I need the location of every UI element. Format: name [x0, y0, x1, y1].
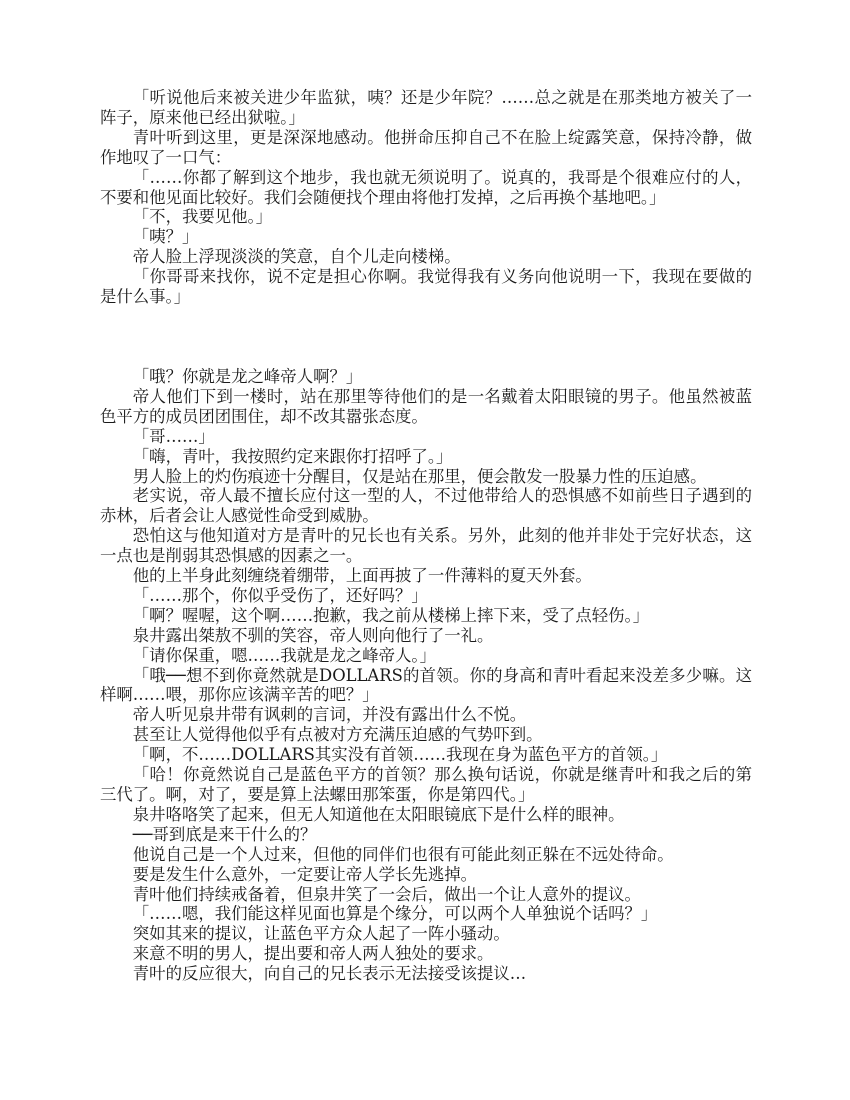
paragraph: 青叶的反应很大，向自己的兄长表示无法接受该提议…	[100, 964, 752, 984]
paragraph: 「哥……」	[100, 427, 752, 447]
paragraph: 帝人听见泉井带有讽刺的言词，并没有露出什么不悦。	[100, 705, 752, 725]
paragraph: 「……嗯，我们能这样见面也算是个缘分，可以两个人单独说个话吗？」	[100, 904, 752, 924]
paragraph: 「咦？」	[100, 227, 752, 247]
paragraph: 「不，我要见他。」	[100, 207, 752, 227]
section-break	[100, 307, 752, 367]
paragraph: 来意不明的男人，提出要和帝人两人独处的要求。	[100, 944, 752, 964]
paragraph: 突如其来的提议，让蓝色平方众人起了一阵小骚动。	[100, 924, 752, 944]
paragraph: 要是发生什么意外，一定要让帝人学长先逃掉。	[100, 865, 752, 885]
paragraph: 男人脸上的灼伤痕迹十分醒目，仅是站在那里，便会散发一股暴力性的压迫感。	[100, 467, 752, 487]
paragraph: 「听说他后来被关进少年监狱，咦？还是少年院？……总之就是在那类地方被关了一阵子，…	[100, 88, 752, 128]
paragraph: 「啊？喔喔，这个啊……抱歉，我之前从楼梯上摔下来，受了点轻伤。」	[100, 606, 752, 626]
document-page: 「听说他后来被关进少年监狱，咦？还是少年院？……总之就是在那类地方被关了一阵子，…	[100, 88, 752, 984]
paragraph: 「……你都了解到这个地步，我也就无须说明了。说真的，我哥是个很难应付的人，不要和…	[100, 168, 752, 208]
paragraph: 老实说，帝人最不擅长应付这一型的人，不过他带给人的恐惧感不如前些日子遇到的赤林，…	[100, 486, 752, 526]
section-1: 「听说他后来被关进少年监狱，咦？还是少年院？……总之就是在那类地方被关了一阵子，…	[100, 88, 752, 307]
paragraph: 「哦──想不到你竟然就是DOLLARS的首领。你的身高和青叶看起来没差多少嘛。这…	[100, 666, 752, 706]
paragraph: 他说自己是一个人过来，但他的同伴们也很有可能此刻正躲在不远处待命。	[100, 845, 752, 865]
paragraph: 泉井露出桀敖不驯的笑容，帝人则向他行了一礼。	[100, 626, 752, 646]
paragraph: 「啊，不……DOLLARS其实没有首领……我现在身为蓝色平方的首领。」	[100, 745, 752, 765]
paragraph: 甚至让人觉得他似乎有点被对方充满压迫感的气势吓到。	[100, 725, 752, 745]
paragraph: 青叶他们持续戒备着，但泉井笑了一会后，做出一个让人意外的提议。	[100, 885, 752, 905]
paragraph: 青叶听到这里，更是深深地感动。他拼命压抑自己不在脸上绽露笑意，保持冷静，做作地叹…	[100, 128, 752, 168]
paragraph: 「……那个，你似乎受伤了，还好吗？」	[100, 586, 752, 606]
paragraph: 帝人脸上浮现淡淡的笑意，自个儿走向楼梯。	[100, 247, 752, 267]
section-2: 「哦？你就是龙之峰帝人啊？」 帝人他们下到一楼时，站在那里等待他们的是一名戴着太…	[100, 367, 752, 984]
paragraph: 恐怕这与他知道对方是青叶的兄长也有关系。另外，此刻的他并非处于完好状态，这一点也…	[100, 526, 752, 566]
paragraph: 「嗨，青叶，我按照约定来跟你打招呼了。」	[100, 447, 752, 467]
paragraph: 「请你保重，嗯……我就是龙之峰帝人。」	[100, 646, 752, 666]
paragraph: 他的上半身此刻缠绕着绷带，上面再披了一件薄料的夏天外套。	[100, 566, 752, 586]
paragraph: 帝人他们下到一楼时，站在那里等待他们的是一名戴着太阳眼镜的男子。他虽然被蓝色平方…	[100, 387, 752, 427]
paragraph: 「哦？你就是龙之峰帝人啊？」	[100, 367, 752, 387]
paragraph: 「哈！你竟然说自己是蓝色平方的首领？那么换句话说，你就是继青叶和我之后的第三代了…	[100, 765, 752, 805]
paragraph: ──哥到底是来干什么的？	[100, 825, 752, 845]
paragraph: 泉井咯咯笑了起来，但无人知道他在太阳眼镜底下是什么样的眼神。	[100, 805, 752, 825]
paragraph: 「你哥哥来找你，说不定是担心你啊。我觉得我有义务向他说明一下，我现在要做的是什么…	[100, 267, 752, 307]
